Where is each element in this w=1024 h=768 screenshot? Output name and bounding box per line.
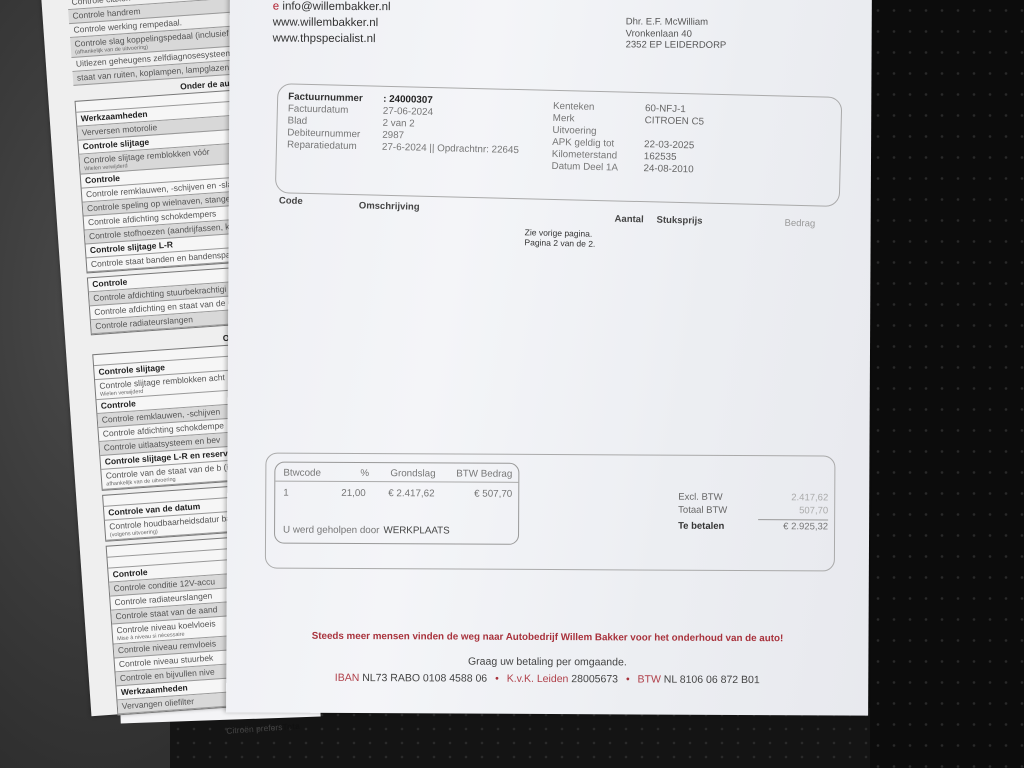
- info-value: 2 van 2: [382, 118, 414, 131]
- website-link[interactable]: www.thpspecialist.nl: [273, 31, 391, 48]
- invoice-info-box: Factuurnummer: 24000307Factuurdatum27-06…: [275, 83, 843, 207]
- info-value: 162535: [644, 151, 677, 164]
- email-prefix: e: [273, 1, 279, 13]
- vat-cell: € 2.417,62: [388, 488, 434, 499]
- helped-by: U werd geholpen doorWERKPLAATS: [283, 525, 450, 537]
- checklist-item-text: Controle handrem: [72, 6, 141, 21]
- excl-vat-label: Excl. BTW: [678, 492, 722, 503]
- website-link[interactable]: www.willembakker.nl: [273, 15, 391, 32]
- btw-label: BTW: [638, 673, 661, 685]
- page-note: Zie vorige pagina. Pagina 2 van de 2.: [524, 227, 595, 249]
- checklist-item-text: Vervangen oliefilter: [121, 696, 194, 711]
- total-vat-row: Totaal BTW 507,70: [678, 505, 828, 519]
- info-value: 60-NFJ-1: [645, 103, 686, 116]
- helped-by-value: WERKPLAATS: [383, 525, 449, 536]
- bank-details: IBAN NL73 RABO 0108 4588 06 • K.v.K. Lei…: [226, 671, 868, 686]
- vat-cell: 1: [283, 488, 289, 499]
- vat-header-cell: Grondslag: [390, 468, 435, 479]
- col-unit-price: Stuksprijs: [656, 215, 702, 227]
- payment-note: Graag uw betaling per omgaande.: [226, 654, 868, 669]
- vat-cell: 21,00: [341, 488, 366, 499]
- checklist-item-text: Controle: [92, 277, 128, 289]
- addressee-name: Dhr. E.F. McWilliam: [626, 16, 727, 28]
- totals-summary: Excl. BTW 2.417,62 Totaal BTW 507,70 Te …: [678, 492, 828, 535]
- helped-by-label: U werd geholpen door: [283, 525, 379, 537]
- checklist-item-text: Controle slijtage: [98, 362, 165, 377]
- info-value: 2987: [382, 130, 404, 143]
- vat-table-header: Btwcode % Grondslag BTW Bedrag: [275, 468, 518, 482]
- checklist-item-text: Controle slijtage: [82, 137, 149, 152]
- invoice-details: Factuurnummer: 24000307Factuurdatum27-06…: [287, 91, 520, 157]
- amount-due-value: € 2.925,32: [783, 521, 828, 532]
- btw-value: NL 8106 06 872 B01: [664, 674, 760, 687]
- addressee-city: 2352 EP LEIDERDORP: [626, 39, 727, 51]
- iban-label: IBAN: [335, 672, 360, 684]
- addressee-block: Dhr. E.F. McWilliam Vronkenlaan 40 2352 …: [626, 16, 727, 51]
- vat-header-cell: Btwcode: [283, 468, 321, 479]
- addressee-street: Vronkenlaan 40: [626, 28, 727, 40]
- checklist-item-text: Controle: [85, 173, 121, 185]
- vat-divider: [275, 481, 518, 483]
- separator: •: [626, 673, 630, 685]
- footer-slogan: Steeds meer mensen vinden de weg naar Au…: [226, 630, 868, 644]
- info-value: CITROEN C5: [645, 115, 705, 128]
- mesh-background: [854, 0, 1024, 768]
- kvk-label: K.v.K. Leiden: [507, 673, 569, 685]
- excl-vat-row: Excl. BTW 2.417,62: [678, 492, 828, 506]
- amount-due-label: Te betalen: [678, 521, 724, 532]
- amount-due-row: Te betalen € 2.925,32: [678, 521, 828, 535]
- checklist-item-text: Controle: [112, 567, 148, 579]
- invoice-page: e info@willembakker.nl www.willembakker.…: [226, 0, 872, 716]
- excl-vat-value: 2.417,62: [791, 492, 828, 503]
- page-note-line: Pagina 2 van de 2.: [524, 237, 595, 249]
- checklist-item-text: Controle: [101, 398, 137, 410]
- total-vat-value: 507,70: [799, 505, 828, 516]
- vat-header-cell: %: [360, 468, 369, 479]
- vat-table: Btwcode % Grondslag BTW Bedrag 1 21,00 €…: [274, 462, 519, 545]
- checklist-item-text: Werkzaamheden: [80, 109, 147, 124]
- vat-header-cell: BTW Bedrag: [456, 469, 512, 480]
- email-link[interactable]: info@willembakker.nl: [282, 1, 390, 14]
- info-value: 24-08-2010: [643, 163, 693, 176]
- totals-box: Btwcode % Grondslag BTW Bedrag 1 21,00 €…: [265, 453, 836, 572]
- vehicle-details: Kenteken60-NFJ-1MerkCITROEN C5Uitvoering…: [551, 101, 704, 177]
- info-value: 27-6-2024 || Opdrachtnr: 22645: [382, 142, 519, 157]
- separator: •: [495, 673, 499, 685]
- checklist-item-text: Werkzaamheden: [121, 682, 188, 697]
- info-label: Datum Deel 1A: [551, 161, 643, 175]
- iban-value: NL73 RABO 0108 4588 06: [362, 672, 487, 685]
- col-amount: Bedrag: [784, 218, 815, 230]
- info-label: Reparatiedatum: [287, 139, 382, 153]
- total-vat-label: Totaal BTW: [678, 505, 727, 516]
- kvk-value: 28005673: [571, 673, 618, 685]
- vat-table-row: 1 21,00 € 2.417,62 € 507,70: [275, 488, 518, 489]
- company-contact: e info@willembakker.nl www.willembakker.…: [273, 0, 391, 47]
- col-description: Omschrijving: [359, 200, 420, 212]
- vat-cell: € 507,70: [474, 489, 512, 500]
- col-quantity: Aantal: [614, 214, 643, 226]
- checklist-footer-brand: Tota: [282, 721, 300, 732]
- col-code: Code: [279, 195, 303, 207]
- info-row: Datum Deel 1A24-08-2010: [551, 161, 703, 177]
